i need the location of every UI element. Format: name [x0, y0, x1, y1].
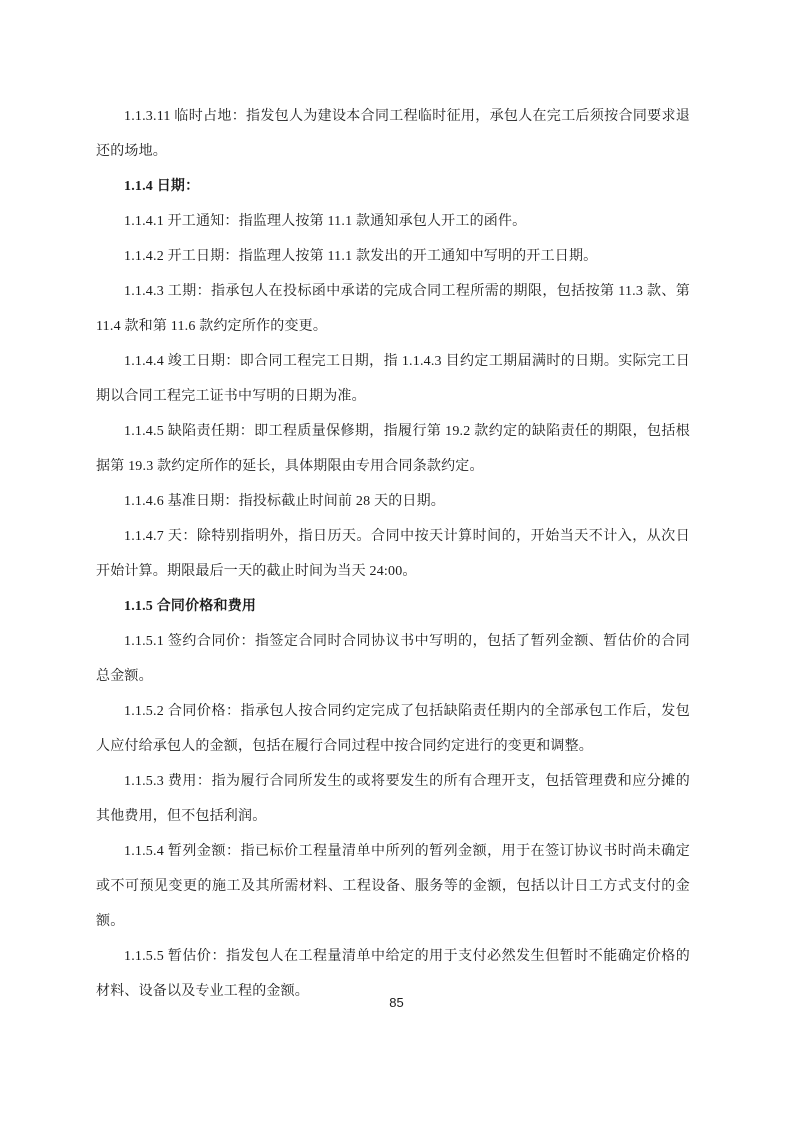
clause-1-1-5-2: 1.1.5.2 合同价格：指承包人按合同约定完成了包括缺陷责任期内的全部承包工作…	[96, 694, 690, 764]
document-body: 1.1.3.11 临时占地：指发包人为建设本合同工程临时征用，承包人在完工后须按…	[96, 99, 690, 1009]
page-footer: 85	[0, 995, 793, 1010]
clause-1-1-4-5: 1.1.4.5 缺陷责任期：即工程质量保修期，指履行第 19.2 款约定的缺陷责…	[96, 414, 690, 484]
clause-1-1-3-11: 1.1.3.11 临时占地：指发包人为建设本合同工程临时征用，承包人在完工后须按…	[96, 99, 690, 169]
clause-1-1-4-2: 1.1.4.2 开工日期：指监理人按第 11.1 款发出的开工通知中写明的开工日…	[96, 239, 690, 274]
clause-1-1-5-3: 1.1.5.3 费用：指为履行合同所发生的或将要发生的所有合理开支，包括管理费和…	[96, 764, 690, 834]
section-heading-1-1-5: 1.1.5 合同价格和费用	[96, 589, 690, 624]
clause-1-1-4-1: 1.1.4.1 开工通知：指监理人按第 11.1 款通知承包人开工的函件。	[96, 204, 690, 239]
clause-1-1-4-4: 1.1.4.4 竣工日期：即合同工程完工日期，指 1.1.4.3 目约定工期届满…	[96, 344, 690, 414]
section-heading-1-1-4: 1.1.4 日期：	[96, 169, 690, 204]
clause-1-1-4-6: 1.1.4.6 基准日期：指投标截止时间前 28 天的日期。	[96, 484, 690, 519]
clause-1-1-4-3: 1.1.4.3 工期：指承包人在投标函中承诺的完成合同工程所需的期限，包括按第 …	[96, 274, 690, 344]
clause-1-1-5-4: 1.1.5.4 暂列金额：指已标价工程量清单中所列的暂列金额，用于在签订协议书时…	[96, 834, 690, 939]
clause-1-1-5-1: 1.1.5.1 签约合同价：指签定合同时合同协议书中写明的，包括了暂列金额、暂估…	[96, 624, 690, 694]
clause-1-1-4-7: 1.1.4.7 天：除特别指明外，指日历天。合同中按天计算时间的，开始当天不计入…	[96, 519, 690, 589]
document-page: 1.1.3.11 临时占地：指发包人为建设本合同工程临时征用，承包人在完工后须按…	[0, 0, 793, 1122]
page-number: 85	[389, 995, 403, 1010]
